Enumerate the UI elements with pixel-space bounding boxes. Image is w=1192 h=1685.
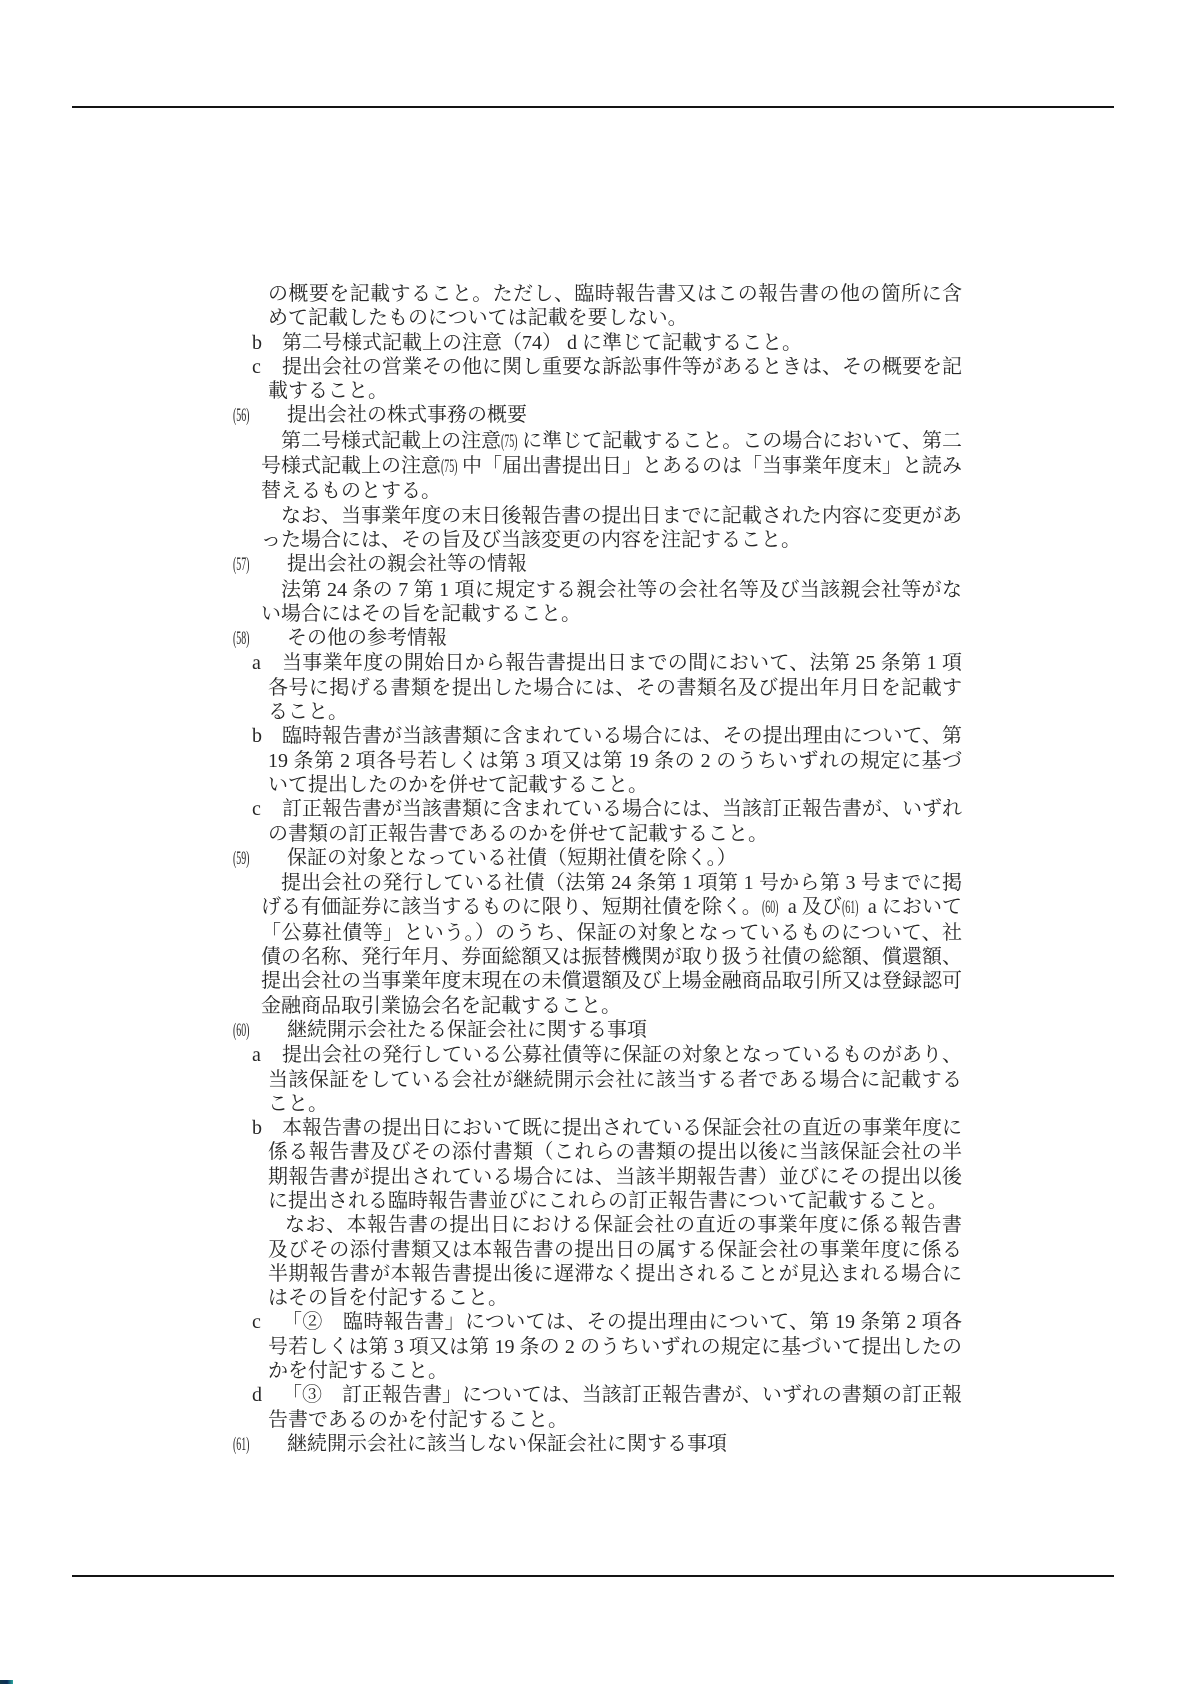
paragraph-text: 継続開示会社に該当しない保証会社に関する事項 <box>287 1433 727 1455</box>
top-rule <box>72 106 1114 108</box>
item-number-marker: (61) <box>233 1432 282 1457</box>
item-number-marker: (60) <box>233 1018 282 1043</box>
item-letter: b <box>252 331 262 355</box>
paragraph-text: 本報告書の提出日において既に提出されている保証会社の直近の事業年度に係る報告書及… <box>268 1117 962 1212</box>
paragraph-text: 保証の対象となっている社債（短期社債を除く。） <box>287 847 737 869</box>
paragraph-text: 第二号様式記載上の注意(75)に準じて記載すること。この場合において、第二号様式… <box>261 430 962 503</box>
item-letter: a <box>252 651 261 675</box>
scan-artifact <box>0 1680 13 1684</box>
item-number-marker: (59) <box>233 846 282 871</box>
paragraph-text: 提出会社の営業その他に関し重要な訴訟事件等があるときは、その概要を記載すること。 <box>268 356 962 402</box>
document-body: の概要を記載すること。ただし、臨時報告書又はこの報告書の他の箇所に含めて記載した… <box>0 282 1192 1457</box>
lettered-item: c 訂正報告書が当該書類に含まれている場合には、当該訂正報告書が、いずれの書類の… <box>268 797 962 846</box>
item-letter: b <box>252 1116 262 1140</box>
item-number-marker: (58) <box>233 626 282 651</box>
body-paragraph: 提出会社の発行している社債（法第 24 条第 1 項第 1 号から第 3 号まで… <box>261 871 962 1018</box>
numbered-item-heading: (56) 提出会社の株式事務の概要 <box>233 403 962 428</box>
paragraph-text: の概要を記載すること。ただし、臨時報告書又はこの報告書の他の箇所に含めて記載した… <box>268 283 962 329</box>
paragraph-text: その他の参考情報 <box>287 627 447 649</box>
lettered-item: a 当事業年度の開始日から報告書提出日までの間において、法第 25 条第 1 項… <box>268 651 962 724</box>
paragraph-text: なお、当事業年度の末日後報告書の提出日までに記載された内容に変更があった場合には… <box>261 505 962 551</box>
paragraph-text: 当事業年度の開始日から報告書提出日までの間において、法第 25 条第 1 項各号… <box>268 652 962 723</box>
paragraph-text: 訂正報告書が当該書類に含まれている場合には、当該訂正報告書が、いずれの書類の訂正… <box>268 798 962 844</box>
lettered-item: d 「③ 訂正報告書」については、当該訂正報告書が、いずれの書類の訂正報告書であ… <box>268 1383 962 1432</box>
numbered-item-heading: (59) 保証の対象となっている社債（短期社債を除く。） <box>233 846 962 871</box>
paragraph-text: 「② 臨時報告書」については、その提出理由について、第 19 条第 2 項各号若… <box>268 1311 962 1382</box>
lettered-item: b 本報告書の提出日において既に提出されている保証会社の直近の事業年度に係る報告… <box>268 1116 962 1213</box>
inline-note-number: (61) <box>842 896 853 920</box>
numbered-item-heading: (60) 継続開示会社たる保証会社に関する事項 <box>233 1018 962 1043</box>
paragraph-text: 継続開示会社たる保証会社に関する事項 <box>287 1019 647 1041</box>
note-paragraph: なお、本報告書の提出日における保証会社の直近の事業年度に係る報告書及びその添付書… <box>268 1213 962 1310</box>
paragraph-text: 提出会社の発行している公募社債等に保証の対象となっているものがあり、当該保証をし… <box>268 1044 962 1115</box>
paragraph-text: 提出会社の親会社等の情報 <box>287 553 527 575</box>
paragraph-text: 第二号様式記載上の注意（74） d に準じて記載すること。 <box>282 332 802 354</box>
item-letter: d <box>252 1383 262 1407</box>
body-paragraph: なお、当事業年度の末日後報告書の提出日までに記載された内容に変更があった場合には… <box>261 504 962 553</box>
paragraph-text: 法第 24 条の 7 第 1 項に規定する親会社等の会社名等及び当該親会社等がな… <box>261 579 962 625</box>
item-letter: c <box>252 797 261 821</box>
document-page: の概要を記載すること。ただし、臨時報告書又はこの報告書の他の箇所に含めて記載した… <box>0 0 1192 1685</box>
body-paragraph: 法第 24 条の 7 第 1 項に規定する親会社等の会社名等及び当該親会社等がな… <box>261 578 962 627</box>
item-letter: c <box>252 355 261 379</box>
item-number-marker: (56) <box>233 403 282 428</box>
lettered-item: b 第二号様式記載上の注意（74） d に準じて記載すること。 <box>268 331 962 355</box>
paragraph-text: なお、本報告書の提出日における保証会社の直近の事業年度に係る報告書及びその添付書… <box>268 1214 962 1309</box>
bottom-rule <box>72 1575 1114 1577</box>
lettered-item: a 提出会社の発行している公募社債等に保証の対象となっているものがあり、当該保証… <box>268 1043 962 1116</box>
inline-note-number: (75) <box>501 430 512 454</box>
paragraph-text: 「③ 訂正報告書」については、当該訂正報告書が、いずれの書類の訂正報告書であるの… <box>268 1384 962 1430</box>
lettered-item: b 臨時報告書が当該書類に含まれている場合には、その提出理由について、第 19 … <box>268 724 962 797</box>
inline-note-number: (75) <box>441 455 452 479</box>
paragraph-text: 提出会社の発行している社債（法第 24 条第 1 項第 1 号から第 3 号まで… <box>261 872 962 1016</box>
item-letter: b <box>252 724 262 748</box>
body-paragraph: 第二号様式記載上の注意(75)に準じて記載すること。この場合において、第二号様式… <box>261 429 962 504</box>
inline-note-number: (60) <box>762 896 773 920</box>
numbered-item-heading: (57) 提出会社の親会社等の情報 <box>233 552 962 577</box>
item-number-marker: (57) <box>233 552 282 577</box>
numbered-item-heading: (58) その他の参考情報 <box>233 626 962 651</box>
lettered-item: c 「② 臨時報告書」については、その提出理由について、第 19 条第 2 項各… <box>268 1310 962 1383</box>
paragraph-text: 臨時報告書が当該書類に含まれている場合には、その提出理由について、第 19 条第… <box>268 725 962 796</box>
lettered-item: c 提出会社の営業その他に関し重要な訴訟事件等があるときは、その概要を記載するこ… <box>268 355 962 404</box>
continuation-paragraph: の概要を記載すること。ただし、臨時報告書又はこの報告書の他の箇所に含めて記載した… <box>268 282 962 331</box>
numbered-item-heading: (61) 継続開示会社に該当しない保証会社に関する事項 <box>233 1432 962 1457</box>
paragraph-text: 提出会社の株式事務の概要 <box>287 404 527 426</box>
item-letter: c <box>252 1310 261 1334</box>
item-letter: a <box>252 1043 261 1067</box>
